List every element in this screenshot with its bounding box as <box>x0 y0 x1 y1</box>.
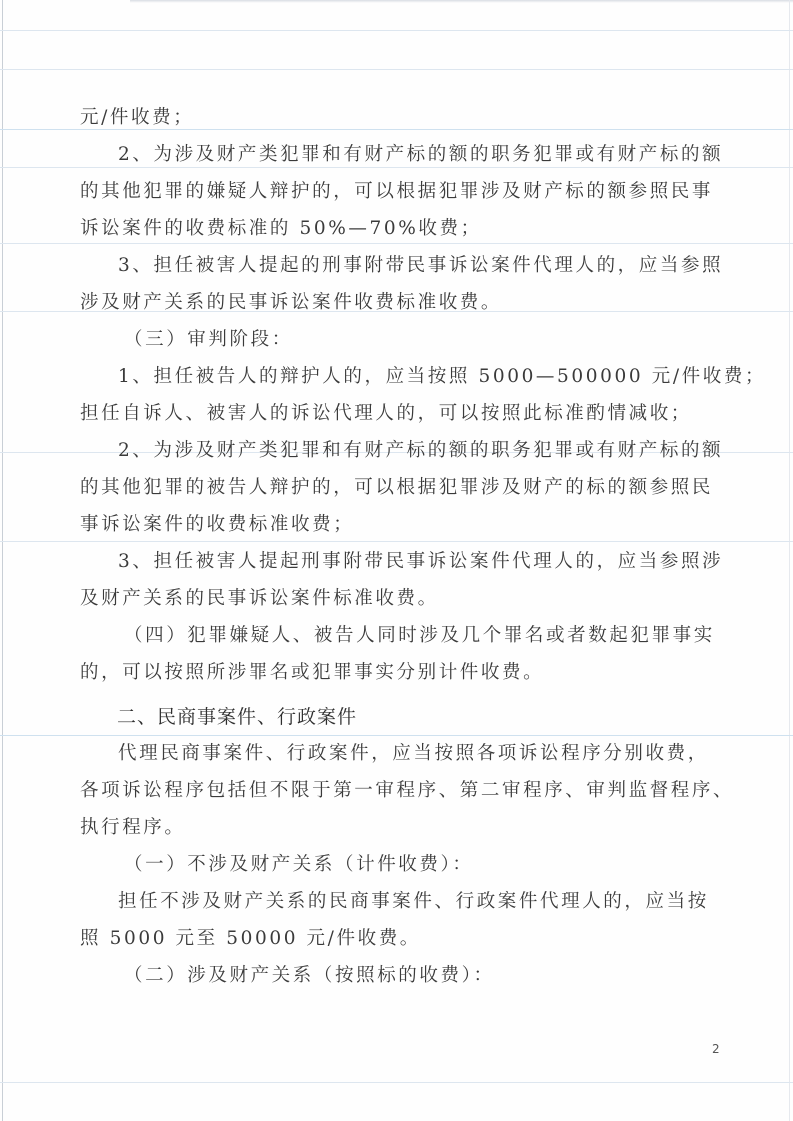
text-line: 2、为涉及财产类犯罪和有财产标的额的职务犯罪或有财产标的额 <box>118 142 758 168</box>
text-line: 1、担任被告人的辩护人的，应当按照 5000—500000 元/件收费； <box>118 364 758 390</box>
ruled-line <box>0 541 793 542</box>
text-line: 事诉讼案件的收费标准收费； <box>80 512 720 538</box>
text-line: 3、担任被害人提起刑事附带民事诉讼案件代理人的，应当参照涉 <box>118 549 758 575</box>
text-line: 执行程序。 <box>80 815 720 841</box>
section-subheading: （三）审判阶段： <box>124 327 764 353</box>
text-line: 各项诉讼程序包括但不限于第一审程序、第二审程序、审判监督程序、 <box>80 778 720 804</box>
text-line: 涉及财产关系的民事诉讼案件收费标准收费。 <box>80 290 720 316</box>
page-right-border <box>789 0 790 1121</box>
page-number: 2 <box>712 1042 720 1056</box>
text-line: 的，可以按照所涉罪名或犯罪事实分别计件收费。 <box>80 660 720 686</box>
text-line: 的其他犯罪的嫌疑人辩护的，可以根据犯罪涉及财产标的额参照民事 <box>80 179 720 205</box>
ruled-line <box>0 1082 793 1083</box>
text-line: （四）犯罪嫌疑人、被告人同时涉及几个罪名或者数起犯罪事实 <box>124 623 764 649</box>
text-line: 2、为涉及财产类犯罪和有财产标的额的职务犯罪或有财产标的额 <box>118 438 758 464</box>
text-line: 的其他犯罪的被告人辩护的，可以根据犯罪涉及财产的标的额参照民 <box>80 475 720 501</box>
ruled-line <box>0 30 793 31</box>
text-line: 担任不涉及财产关系的民商事案件、行政案件代理人的，应当按 <box>118 889 758 915</box>
scan-top-shadow <box>130 0 793 3</box>
text-line: 及财产关系的民事诉讼案件标准收费。 <box>80 586 720 612</box>
text-line: 担任自诉人、被害人的诉讼代理人的，可以按照此标准酌情减收； <box>80 401 720 427</box>
section-subheading: （二）涉及财产关系（按照标的收费）： <box>124 963 764 989</box>
section-subheading: （一）不涉及财产关系（计件收费）： <box>124 852 764 878</box>
ruled-line <box>0 735 793 736</box>
page-left-border <box>2 0 3 1121</box>
document-page: 元/件收费； 2、为涉及财产类犯罪和有财产标的额的职务犯罪或有财产标的额 的其他… <box>0 0 793 1121</box>
section-heading: 二、民商事案件、行政案件 <box>117 704 757 730</box>
text-line: 诉讼案件的收费标准的 50%—70%收费； <box>80 216 720 242</box>
ruled-line <box>0 69 793 70</box>
text-line: 3、担任被害人提起的刑事附带民事诉讼案件代理人的，应当参照 <box>118 253 758 279</box>
text-line: 元/件收费； <box>80 105 720 131</box>
ruled-line <box>0 243 793 244</box>
text-line: 代理民商事案件、行政案件，应当按照各项诉讼程序分别收费， <box>118 741 758 767</box>
text-line: 照 5000 元至 50000 元/件收费。 <box>80 926 720 952</box>
